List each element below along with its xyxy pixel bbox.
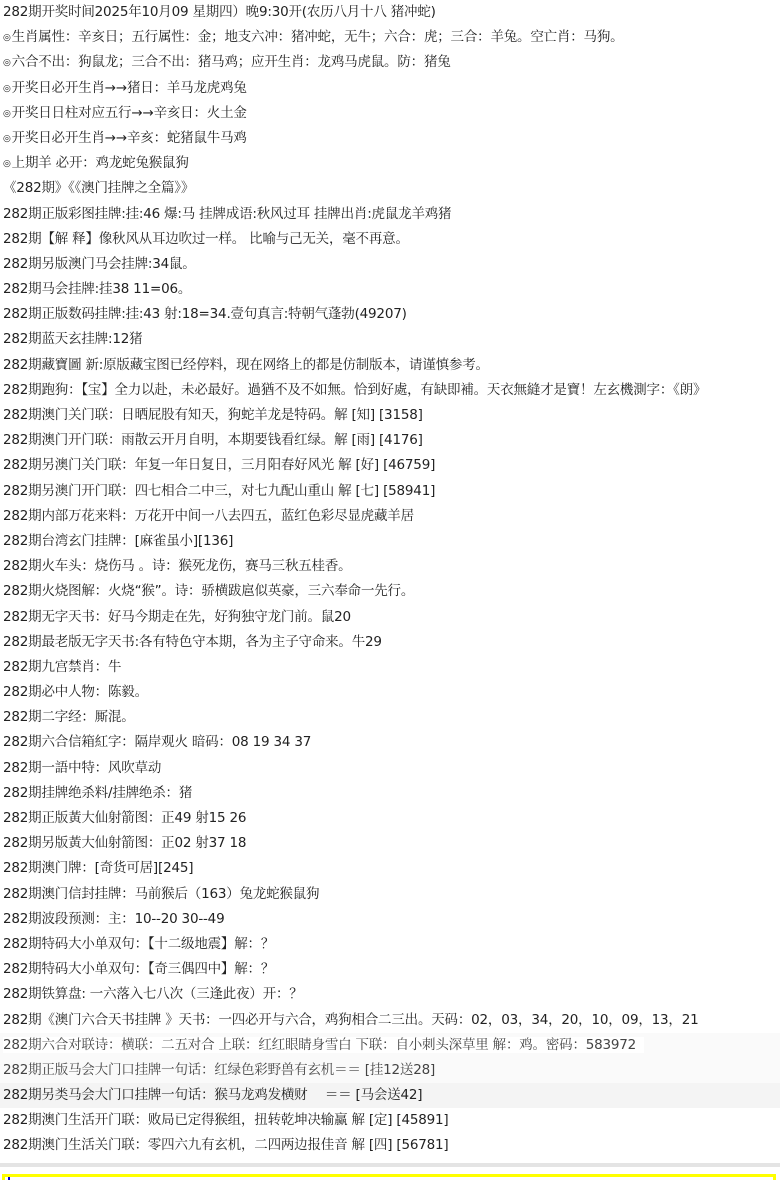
entry-line: 282期另澳门开门联：四七相合二中三，对七九配山重山 解 [七] [58941]	[0, 479, 780, 504]
entry-line: 282期二字经：厮混。	[0, 705, 780, 730]
entry-line: 282期九宫禁肖：牛	[0, 655, 780, 680]
entry-line: 282期火烧图解：火烧“猴”。诗：骄横跋扈似英豪，三六奉命一先行。	[0, 579, 780, 604]
attribute-line: ◎开奖日日柱对应五行→→辛亥日：火土金	[0, 101, 780, 126]
muted-entry-line: 282期六合对联诗：横联：二五对合 上联：红红眼睛身雪白 下联：自小刺头深草里 …	[0, 1033, 780, 1058]
bullet-icon: ◎	[3, 159, 11, 169]
entry-line: 282期正版数码挂牌:挂:43 射:18=34.壹句真言:特朝气蓬勃(49207…	[0, 302, 780, 327]
entry-line: 282期另澳门关门联：年复一年日复日，三月阳春好风光 解 [好] [46759]	[0, 453, 780, 478]
entry-line: 282期特码大小单双句：【奇三偶四中】解：？	[0, 957, 780, 982]
entry-line: 282期内部万花来料：万花开中间一八去四五，蓝红色彩尽显虎藏羊居	[0, 504, 780, 529]
entry-line: 282期另版黃大仙射箭图：正02 射37 18	[0, 831, 780, 856]
divider	[0, 1163, 780, 1167]
bullet-icon: ◎	[3, 109, 11, 119]
attribute-line: ◎上期羊 必开：鸡龙蛇兔猴鼠狗	[0, 151, 780, 176]
entry-line: 282期澳门关门联：日晒屁股有知天，狗蛇羊龙是特码。解 [知] [3158]	[0, 403, 780, 428]
entry-line: 282期无字天书：好马今期走在先，好狗独守龙门前。鼠20	[0, 605, 780, 630]
attribute-line: ◎开奖日必开生肖→→辛亥：蛇猪鼠牛马鸡	[0, 126, 780, 151]
entry-line: 282期澳门牌：[奇货可居][245]	[0, 856, 780, 881]
bullet-icon: ◎	[3, 33, 11, 43]
entry-line: 282期正版彩图挂牌:挂:46 爆:马 挂牌成语:秋风过耳 挂牌出肖:虎鼠龙羊鸡…	[0, 202, 780, 227]
entry-line: 282期一語中特：风吹草动	[0, 756, 780, 781]
entry-line: 282期澳门开门联：雨散云开月自明，本期要钱看红绿。解 [雨] [4176]	[0, 428, 780, 453]
bullet-icon: ◎	[3, 58, 11, 68]
entry-line: 282期蓝天玄挂牌:12猪	[0, 327, 780, 352]
entry-line: 282期澳门生活开门联：败局已定得猴组，扭转乾坤决输赢 解 [定] [45891…	[0, 1108, 780, 1133]
entry-line: 282期最老版无字天书:各有特色守本期，各为主子守命来。牛29	[0, 630, 780, 655]
band-entry-line: 282期另类马会大门口挂牌一句话：猴马龙鸡发横财 ＝＝ [马会送42]	[0, 1083, 780, 1108]
entry-line: 282期挂牌绝杀料/挂牌绝杀：猪	[0, 781, 780, 806]
entry-line: 282期火车头：烧伤马 。诗：猴死龙伤，赛马三秋五桂香。	[0, 554, 780, 579]
bullet-icon: ◎	[3, 134, 11, 144]
article-body: 282期开奖时间2025年10月09 星期四）晚9:30开(农历八月十八 猪冲蛇…	[0, 0, 780, 1159]
entry-line: 282期澳门生活关门联：零四六九有玄机，二四两边报佳音 解 [四] [56781…	[0, 1133, 780, 1158]
entry-line: 282期澳门信封挂牌：马前猴后（163）兔龙蛇猴鼠狗	[0, 882, 780, 907]
entry-line: 282期跑狗：【宝】全力以赴，未必最好。過猶不及不如無。恰到好處，有缺即補。天衣…	[0, 378, 780, 403]
attribute-line: ◎生肖属性：辛亥日；五行属性：金；地支六冲：猪冲蛇，无牛；六合：虎；三合：羊兔。…	[0, 25, 780, 50]
entry-line: 282期另版澳门马会挂牌:34鼠。	[0, 252, 780, 277]
entry-line: 282期特码大小单双句：【十二级地震】解：？	[0, 932, 780, 957]
entry-line: 282期马会挂牌:挂38 11=06。	[0, 277, 780, 302]
draw-time-line: 282期开奖时间2025年10月09 星期四）晚9:30开(农历八月十八 猪冲蛇…	[0, 0, 780, 25]
section-title: 《282期》《《澳门挂牌之全篇》》	[0, 176, 780, 201]
entry-line: 282期【解 释】像秋风从耳边吹过一样。 比喻与己无关，毫不再意。	[0, 227, 780, 252]
entry-line: 282期必中人物：陈毅。	[0, 680, 780, 705]
entry-line: 282期《澳门六合天书挂牌 》天书：一四必开与六合，鸡狗相合二三出。天码：02，…	[0, 1008, 780, 1033]
entry-line: 282期波段预测：主：10--20 30--49	[0, 907, 780, 932]
entry-line: 282期铁算盘: 一六落入七八次（三逢此夜）开：？	[0, 982, 780, 1007]
footer-highlight-box	[2, 1174, 776, 1180]
entry-line: 282期台湾玄门挂牌：[麻雀虽小][136]	[0, 529, 780, 554]
entry-line: 282期藏寶圖 新:原版藏宝图已经停料，现在网络上的都是仿制版本，请谨慎参考。	[0, 353, 780, 378]
attribute-line: ◎开奖日必开生肖→→猪日：羊马龙虎鸡兔	[0, 76, 780, 101]
attribute-line: ◎六合不出：狗鼠龙；三合不出：猪马鸡；应开生肖：龙鸡马虎鼠。防：猪兔	[0, 50, 780, 75]
entry-line: 282期正版黃大仙射箭图：正49 射15 26	[0, 806, 780, 831]
entry-line: 282期六合信箱紅字：隔岸观火 暗码：08 19 34 37	[0, 730, 780, 755]
muted-entry-line: 282期正版马会大门口挂牌一句话：红绿色彩野兽有玄机＝＝ [挂12送28]	[0, 1058, 780, 1083]
bullet-icon: ◎	[3, 84, 11, 94]
